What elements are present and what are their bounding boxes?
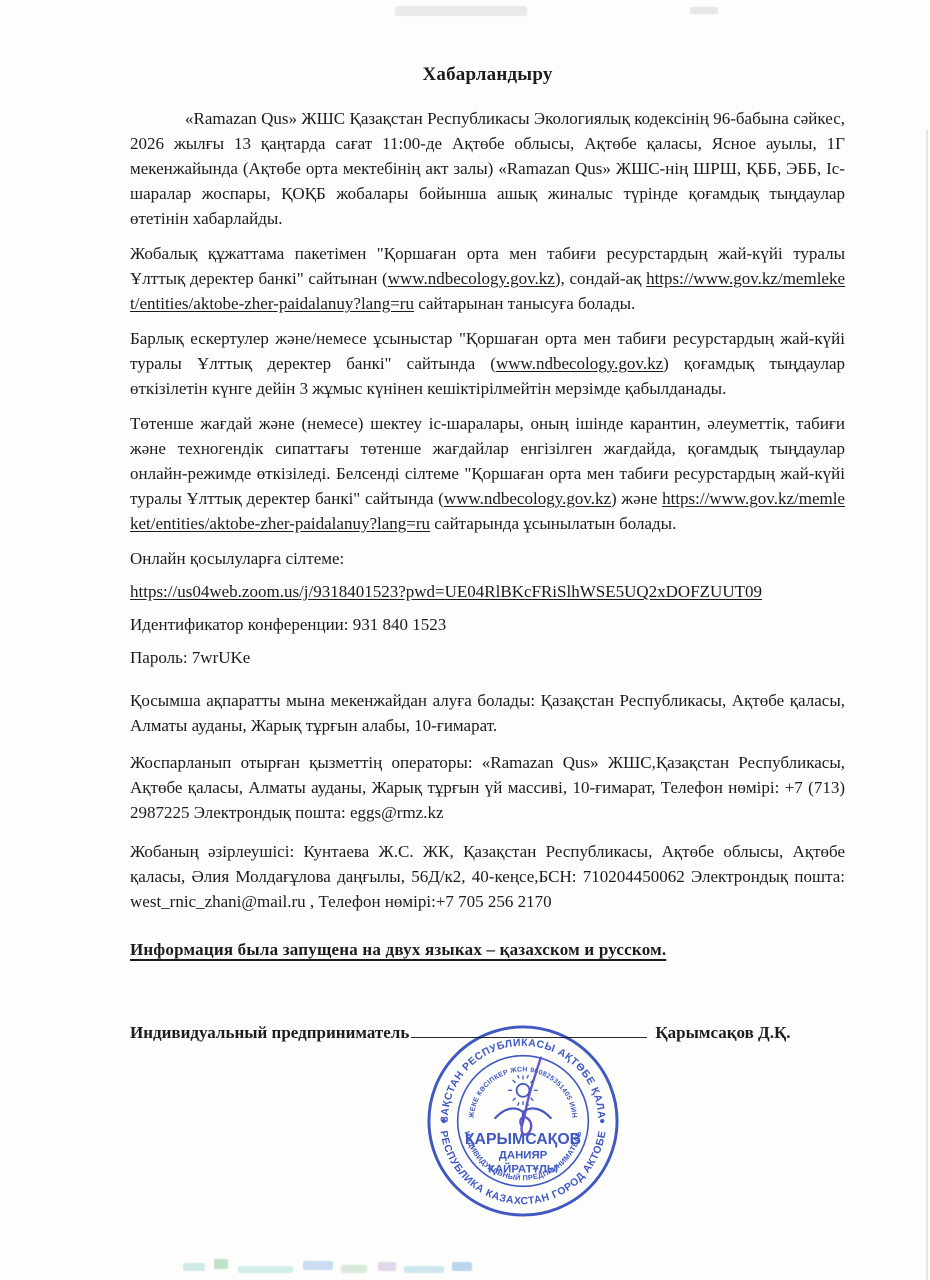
conference-id: Идентификатор конференции: 931 840 1523 <box>130 612 845 637</box>
paragraph-operator: Жоспарланып отырған қызметтің операторы:… <box>130 750 845 825</box>
paragraph-text: «Ramazan Qus» ЖШС Қазақстан Республикасы… <box>130 109 845 228</box>
scan-artifact <box>303 1261 333 1270</box>
zoom-meeting-link[interactable]: https://us04web.zoom.us/j/9318401523?pwd… <box>130 582 762 601</box>
scan-artifact <box>690 7 718 14</box>
scan-artifact <box>238 1266 293 1273</box>
signer-role: Индивидуальный предприниматель <box>130 1023 409 1043</box>
scan-artifact <box>404 1266 444 1273</box>
signer-name: Қарымсақов Д.Қ. <box>655 1023 790 1043</box>
scan-artifact <box>378 1262 396 1271</box>
paragraph-text: сайтарында ұсынылатын болады. <box>430 514 676 533</box>
scan-artifact <box>452 1262 472 1271</box>
document-page: Хабарландыру «Ramazan Qus» ЖШС Қазақстан… <box>0 0 930 1280</box>
paragraph-text: Жобаның әзірлеушісі: Кунтаева Ж.С. ЖК, Қ… <box>130 842 845 911</box>
link-ndbecology[interactable]: www.ndbecology.gov.kz <box>444 489 611 508</box>
paragraph-text: сайтарынан танысуға болады. <box>414 294 635 313</box>
conference-password: Пароль: 7wrUKe <box>130 645 845 670</box>
scan-artifact <box>341 1265 367 1273</box>
stamp-patronymic: ҚАЙРАТҰЛЫ <box>488 1162 558 1175</box>
link-ndbecology[interactable]: www.ndbecology.gov.kz <box>496 354 663 373</box>
stamp-firstname: ДАНИЯР <box>499 1150 548 1162</box>
paragraph-text: Жоспарланып отырған қызметтің операторы:… <box>130 753 845 822</box>
scan-artifact <box>183 1263 205 1271</box>
bilingual-notice: Информация была запущена на двух языках … <box>130 940 845 960</box>
paragraph-announcement: «Ramazan Qus» ЖШС Қазақстан Республикасы… <box>130 106 845 231</box>
stamp-separator-dot <box>600 1119 604 1123</box>
document-content: Хабарландыру «Ramazan Qus» ЖШС Қазақстан… <box>130 64 845 1043</box>
sun-icon <box>517 1084 530 1097</box>
paragraph-developer: Жобаның әзірлеушісі: Кунтаева Ж.С. ЖК, Қ… <box>130 839 845 914</box>
paragraph-text: Қосымша ақпаратты мына мекенжайдан алуға… <box>130 691 845 735</box>
scan-artifact <box>214 1259 228 1269</box>
stamp-sun-eagle-emblem <box>495 1075 550 1122</box>
paragraph-emergency: Төтенше жағдай және (немесе) шектеу іс-ш… <box>130 411 845 536</box>
scan-edge-line <box>926 130 928 1280</box>
paragraph-text: ) және <box>611 489 662 508</box>
paragraph-remarks: Барлық ескертулер және/немесе ұсыныстар … <box>130 326 845 401</box>
online-link-label: Онлайн қосылуларға сілтеме: <box>130 546 845 571</box>
official-stamp: ҚАЗАҚСТАН РЕСПУБЛИКАСЫ АҚТӨБЕ ҚАЛАСЫ РЕС… <box>424 1022 622 1220</box>
paragraph-project-docs: Жобалық құжаттама пакетімен "Қоршаған ор… <box>130 241 845 316</box>
scan-artifact <box>395 6 527 16</box>
paragraph-additional-info: Қосымша ақпаратты мына мекенжайдан алуға… <box>130 688 845 738</box>
stamp-separator-dot <box>442 1119 446 1123</box>
paragraph-text: ), сондай-ақ <box>555 269 646 288</box>
page-title: Хабарландыру <box>130 64 845 86</box>
link-ndbecology[interactable]: www.ndbecology.gov.kz <box>388 269 555 288</box>
